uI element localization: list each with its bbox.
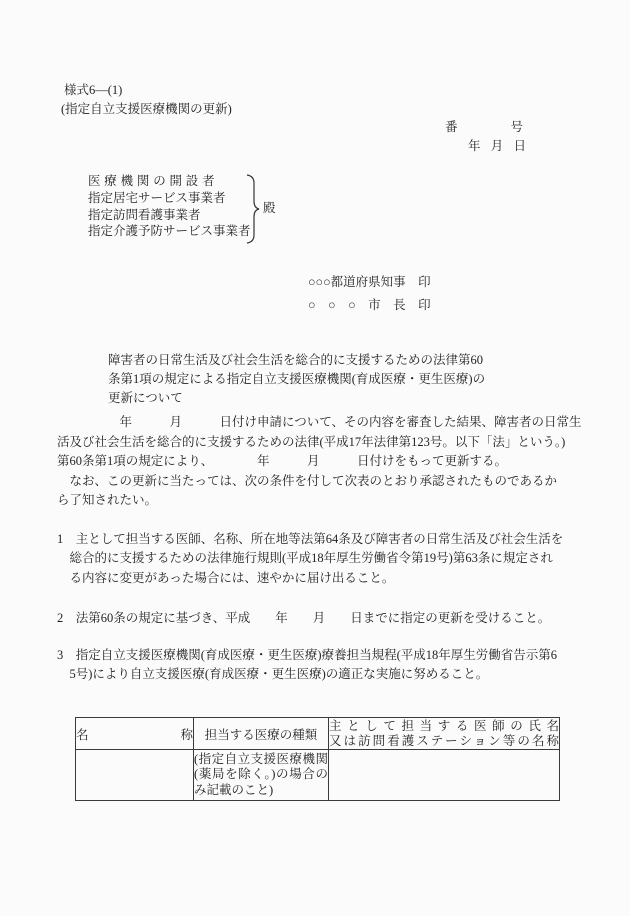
table-cell-name: [76, 750, 194, 801]
table-header-doctor-line: 主として担当する医師の氏名: [329, 719, 559, 734]
recipient-list: 医療機関の開設者 指定居宅サービス事業者 指定訪問看護事業者 指定介護予防サービ…: [88, 173, 251, 240]
document-number-field: 番 号: [445, 117, 523, 135]
condition-line: 2 法第60条の規定に基づき、平成 年 月 日までに指定の更新を受けること。: [57, 609, 550, 628]
date-field: 年 月 日: [468, 136, 526, 154]
table-cell-doctor: [329, 750, 560, 801]
subject-line: 条第1項の規定による指定自立支援医療機関(育成医療・更生医療)の: [108, 370, 485, 389]
document-page: 様式6―(1) (指定自立支援医療機関の更新) 番 号 年 月 日 医療機関の開…: [0, 0, 630, 916]
issuer-governor-seal: ○○○都道府県知事 印: [308, 271, 431, 294]
notification-table: 名称 担当する医療の種類 主として担当する医師の氏名 又は訪問看護ステーション等…: [75, 717, 560, 801]
subject-title: 障害者の日常生活及び社会生活を総合的に支援するための法律第60 条第1項の規定に…: [108, 351, 485, 408]
subject-line: 更新について: [108, 389, 485, 408]
right-brace-icon: [245, 174, 261, 248]
document-number-label: 番: [445, 117, 458, 135]
condition-line: 5号)により自立支援医療(育成医療・更生医療)の適正な実施に努めること。: [57, 665, 557, 684]
recipient-line-home-service: 指定居宅サービス事業者: [88, 190, 251, 207]
body-line: 年 月 日付け申請について、その内容を審査した結果、障害者の日常生: [57, 413, 582, 433]
issuer-mayor-seal: ○ ○ ○ 市 長 印: [308, 294, 431, 317]
body-paragraph: 年 月 日付け申請について、その内容を審査した結果、障害者の日常生 活及び社会生…: [57, 413, 582, 511]
document-number-unit: 号: [510, 117, 523, 135]
body-line: なお、この更新に当たっては、次の条件を付して次表のとおり承認されたものであるか: [57, 472, 582, 492]
body-line: ら了知されたい。: [57, 491, 582, 511]
form-number: 様式6―(1): [64, 80, 122, 98]
recipient-line-hospital-founder: 医療機関の開設者: [88, 173, 251, 190]
condition-line: 3 指定自立支援医療機関(育成医療・更生医療)療養担当規程(平成18年厚生労働省…: [57, 646, 557, 665]
date-month-label: 月: [491, 136, 504, 154]
condition-item-1: 1 主として担当する医師、名称、所在地等法第64条及び障害者の日常生活及び社会生…: [57, 530, 563, 588]
honorific-label: 殿: [263, 198, 276, 216]
date-year-label: 年: [468, 136, 481, 154]
form-subtitle: (指定自立支援医療機関の更新): [61, 99, 232, 117]
condition-line: る内容に変更があった場合には、速やかに届け出ること。: [57, 569, 563, 588]
condition-line: 1 主として担当する医師、名称、所在地等法第64条及び障害者の日常生活及び社会生…: [57, 530, 563, 549]
table-header-doctor-or-station: 主として担当する医師の氏名 又は訪問看護ステーション等の名称: [329, 718, 560, 750]
condition-line: 総合的に支援するための法律施行規則(平成18年厚生労働省令第19号)第63条に規…: [57, 549, 563, 568]
table-cell-medical-type-note: (指定自立支援医療機関(薬局を除く。)の場合のみ記載のこと): [194, 750, 329, 801]
body-line: 活及び社会生活を総合的に支援するための法律(平成17年法律第123号。以下「法」…: [57, 433, 582, 453]
recipient-line-preventive-care: 指定介護予防サービス事業者: [88, 223, 251, 240]
subject-line: 障害者の日常生活及び社会生活を総合的に支援するための法律第60: [108, 351, 485, 370]
table-header-name: 名称: [76, 718, 194, 750]
recipient-line-visiting-nurse: 指定訪問看護事業者: [88, 207, 251, 224]
condition-item-2: 2 法第60条の規定に基づき、平成 年 月 日までに指定の更新を受けること。: [57, 609, 550, 628]
table-header-doctor-line: 又は訪問看護ステーション等の名称: [329, 734, 559, 749]
condition-item-3: 3 指定自立支援医療機関(育成医療・更生医療)療養担当規程(平成18年厚生労働省…: [57, 646, 557, 685]
date-day-label: 日: [513, 136, 526, 154]
table-header-medical-type: 担当する医療の種類: [194, 718, 329, 750]
body-line: 第60条第1項の規定により、 年 月 日付けをもって更新する。: [57, 452, 582, 472]
issuer-block: ○○○都道府県知事 印 ○ ○ ○ 市 長 印: [308, 271, 431, 317]
